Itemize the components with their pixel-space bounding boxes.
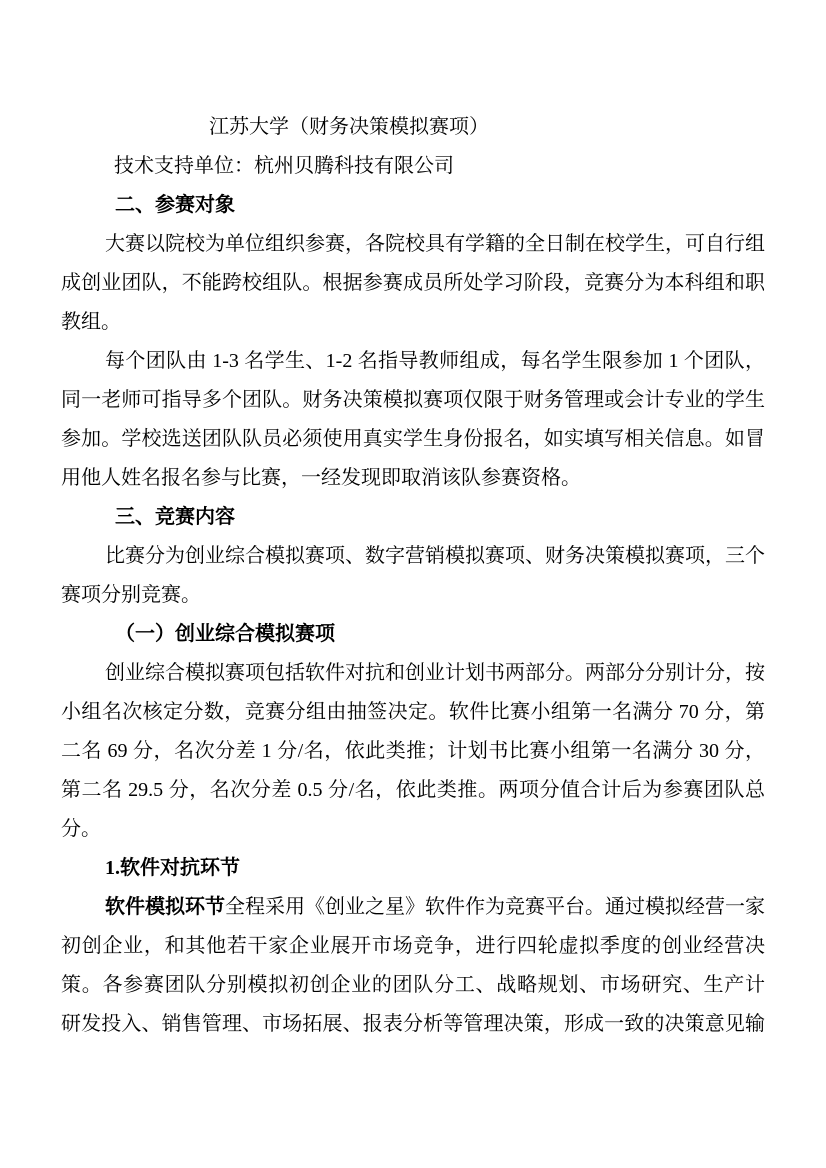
event-name-line: 江苏大学（财务决策模拟赛项） [61,108,765,147]
paragraph-line: 比赛分为创业综合模拟赛项、数字营销模拟赛项、财务决策模拟赛项，三个 [61,537,765,576]
paragraph-line: 创业综合模拟赛项包括软件对抗和创业计划书两部分。两部分分别计分，按 [61,654,765,693]
paragraph-line: 研发投入、销售管理、市场拓展、报表分析等管理决策，形成一致的决策意见输 [61,1005,765,1044]
paragraph-line: 策。各参赛团队分别模拟初创企业的团队分工、战略规划、市场研究、生产计划、 [61,966,765,1005]
paragraph-line: 每个团队由 1-3 名学生、1-2 名指导教师组成，每名学生限参加 1 个团队， [61,342,765,381]
tech-support-line: 技术支持单位：杭州贝腾科技有限公司 [61,147,765,186]
paragraph-line: 参加。学校选送团队队员必须使用真实学生身份报名，如实填写相关信息。如冒 [61,420,765,459]
paragraph-line: 初创企业，和其他若干家企业展开市场竞争，进行四轮虚拟季度的创业经营决 [61,927,765,966]
paragraph-line: 分。 [61,810,765,849]
subsection-1-heading: （一）创业综合模拟赛项 [61,615,765,654]
section-2-heading: 二、参赛对象 [61,186,765,225]
item-1-heading: 1.软件对抗环节 [61,849,765,888]
paragraph-line: 用他人姓名报名参与比赛，一经发现即取消该队参赛资格。 [61,459,765,498]
document-page: 江苏大学（财务决策模拟赛项） 技术支持单位：杭州贝腾科技有限公司 二、参赛对象 … [0,0,826,1168]
paragraph-line: 软件模拟环节全程采用《创业之星》软件作为竞赛平台。通过模拟经营一家 [61,888,765,927]
paragraph-line: 同一老师可指导多个团队。财务决策模拟赛项仅限于财务管理或会计专业的学生 [61,381,765,420]
document-text-block: 江苏大学（财务决策模拟赛项） 技术支持单位：杭州贝腾科技有限公司 二、参赛对象 … [61,108,765,1044]
bold-lead-text: 软件模拟环节 [105,896,225,918]
paragraph-line: 二名 69 分，名次分差 1 分/名，依此类推；计划书比赛小组第一名满分 30 … [61,732,765,771]
paragraph-line: 赛项分别竞赛。 [61,576,765,615]
paragraph-text: 全程采用《创业之星》软件作为竞赛平台。通过模拟经营一家 [225,896,765,918]
paragraph-line: 小组名次核定分数，竞赛分组由抽签决定。软件比赛小组第一名满分 70 分，第 [61,693,765,732]
section-3-heading: 三、竞赛内容 [61,498,765,537]
paragraph-line: 教组。 [61,303,765,342]
paragraph-line: 大赛以院校为单位组织参赛，各院校具有学籍的全日制在校学生，可自行组 [61,225,765,264]
paragraph-line: 成创业团队，不能跨校组队。根据参赛成员所处学习阶段，竞赛分为本科组和职 [61,264,765,303]
paragraph-line: 第二名 29.5 分，名次分差 0.5 分/名，依此类推。两项分值合计后为参赛团… [61,771,765,810]
